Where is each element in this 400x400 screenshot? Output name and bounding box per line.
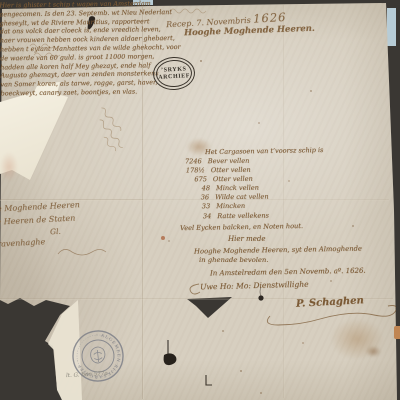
address-line-3: Gl. [50, 227, 61, 237]
stamp-line-1: ’SRYKS [161, 66, 187, 74]
paper-stain-dark [366, 346, 381, 357]
closing-line-2: in ghenade bevolen. [199, 256, 268, 264]
closing-opener: Hier mede [228, 235, 265, 243]
cargo-qty: 33 [186, 203, 210, 212]
cargo-qty: 36 [185, 194, 209, 203]
red-ink-dot [161, 236, 165, 240]
cargo-row: 34 Ratte vellekens [178, 211, 269, 221]
cargo-item: Mincken [216, 202, 245, 211]
foxing-speckles [200, 60, 202, 62]
vertical-fold-crease-faint [283, 5, 285, 398]
backing-sliver-right [387, 8, 396, 46]
cargo-qty: 48 [186, 184, 210, 193]
address-flourish [56, 248, 108, 258]
cargo-list: 7246 Bever vellen 178½ Otter vellen 675 … [178, 157, 269, 222]
paper-stain-edge [0, 152, 18, 182]
cargo-qty: 7246 [178, 157, 202, 166]
ink-l-mark [203, 374, 215, 388]
cargo-item: Ratte vellekens [217, 211, 269, 221]
cargo-qty: 178½ [181, 166, 205, 175]
ink-blot-flag [161, 338, 179, 366]
document-scan: Recep. 7. Novembris 1626 Hooghe Moghende… [0, 0, 400, 400]
cargo-qty: 34 [187, 212, 211, 221]
stamp-line-2: ARCHIEF [158, 73, 190, 82]
docket-year: 1626 [253, 10, 287, 26]
